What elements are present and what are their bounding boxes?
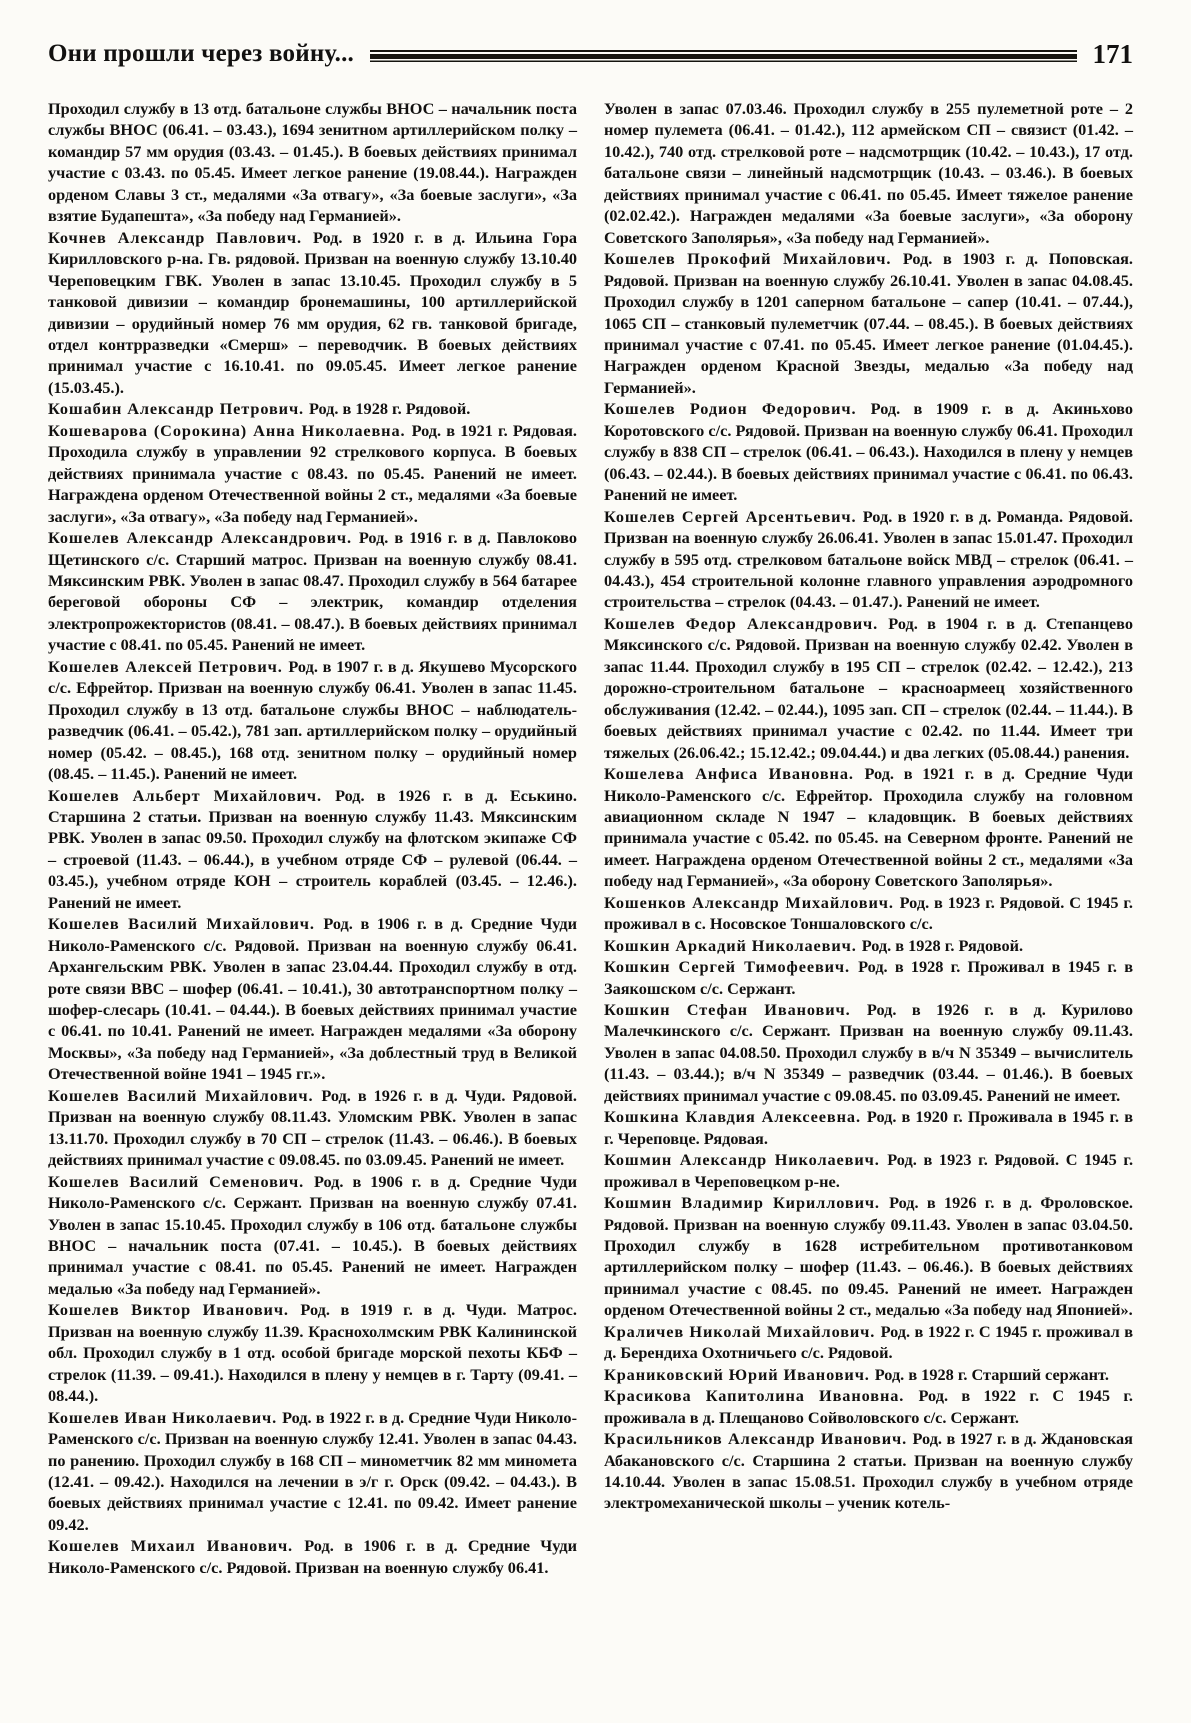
entry-paragraph: Кошелев Сергей Арсентьевич. Род. в 1920 … [604, 506, 1133, 613]
person-name: Красикова Капитолина Ивановна. [604, 1386, 919, 1405]
entry-paragraph: Кошкина Клавдия Алексеевна. Род. в 1920 … [604, 1106, 1133, 1149]
person-name: Кошелев Альберт Михайлович. [48, 786, 335, 805]
entry-paragraph: Кошкин Аркадий Николаевич. Род. в 1928 г… [604, 935, 1133, 956]
entry-paragraph: Кошелев Федор Александрович. Род. в 1904… [604, 613, 1133, 763]
page-number: 171 [1093, 41, 1134, 68]
entry-paragraph: Кошелев Виктор Иванович. Род. в 1919 г. … [48, 1299, 577, 1406]
entry-paragraph: Проходил службу в 13 отд. батальоне служ… [48, 98, 577, 227]
person-name: Кошмин Александр Николаевич. [604, 1150, 887, 1169]
person-name: Кошелев Михаил Иванович. [48, 1536, 304, 1555]
person-name: Кошеварова (Сорокина) Анна Николаевна. [48, 421, 412, 440]
header-rule [370, 49, 1077, 62]
person-name: Красильников Александр Иванович. [604, 1429, 912, 1448]
person-name: Кошелев Прокофий Михайлович. [604, 249, 903, 268]
page-header: Они прошли через войну... 171 [48, 40, 1133, 68]
entry-paragraph: Краличев Николай Михайлович. Род. в 1922… [604, 1321, 1133, 1364]
person-name: Кошмин Владимир Кириллович. [604, 1193, 889, 1212]
entry-paragraph: Кошелев Василий Михайлович. Род. в 1926 … [48, 1085, 577, 1171]
person-name: Кошабин Александр Петрович. [48, 399, 309, 418]
entry-paragraph: Кошелев Прокофий Михайлович. Род. в 1903… [604, 248, 1133, 398]
book-page: Они прошли через войну... 171 Проходил с… [0, 0, 1191, 1578]
running-title: Они прошли через войну... [48, 40, 354, 68]
person-name: Кошелев Федор Александрович. [604, 614, 888, 633]
person-name: Кошелев Василий Михайлович. [48, 1086, 321, 1105]
entry-paragraph: Кошкин Сергей Тимофеевич. Род. в 1928 г.… [604, 956, 1133, 999]
text-columns: Проходил службу в 13 отд. батальоне служ… [48, 98, 1133, 1578]
entry-paragraph: Красикова Капитолина Ивановна. Род. в 19… [604, 1385, 1133, 1428]
entry-paragraph: Кошелев Александр Александрович. Род. в … [48, 527, 577, 656]
entry-paragraph: Кошелев Родион Федорович. Род. в 1909 г.… [604, 398, 1133, 505]
person-name: Кошелев Иван Николаевич. [48, 1408, 282, 1427]
entry-paragraph: Кошелева Анфиса Ивановна. Род. в 1921 г.… [604, 763, 1133, 892]
entry-paragraph: Кошкин Стефан Иванович. Род. в 1926 г. в… [604, 999, 1133, 1106]
person-name: Краличев Николай Михайлович. [604, 1322, 881, 1341]
entry-paragraph: Кочнев Александр Павлович. Род. в 1920 г… [48, 227, 577, 399]
person-name: Кошенков Александр Михайлович. [604, 893, 900, 912]
person-name: Краниковский Юрий Иванович. [604, 1365, 875, 1384]
person-name: Кошкина Клавдия Алексеевна. [604, 1107, 867, 1126]
entry-paragraph: Кошелев Иван Николаевич. Род. в 1922 г. … [48, 1407, 577, 1536]
entry-paragraph: Кошелев Василий Семенович. Род. в 1906 г… [48, 1171, 577, 1300]
entry-paragraph: Кошелев Альберт Михайлович. Род. в 1926 … [48, 785, 577, 914]
person-name: Кошелев Александр Александрович. [48, 528, 359, 547]
left-column: Проходил службу в 13 отд. батальоне служ… [48, 98, 577, 1578]
entry-paragraph: Кошелев Михаил Иванович. Род. в 1906 г. … [48, 1535, 577, 1578]
right-column: Уволен в запас 07.03.46. Проходил службу… [604, 98, 1133, 1578]
entry-paragraph: Кошенков Александр Михайлович. Род. в 19… [604, 892, 1133, 935]
person-name: Кочнев Александр Павлович. [48, 228, 313, 247]
entry-paragraph: Кошмин Александр Николаевич. Род. в 1923… [604, 1149, 1133, 1192]
entry-paragraph: Кошабин Александр Петрович. Род. в 1928 … [48, 398, 577, 419]
entry-paragraph: Кошелев Алексей Петрович. Род. в 1907 г.… [48, 656, 577, 785]
person-name: Кошелев Василий Семенович. [48, 1172, 314, 1191]
entry-paragraph: Кошмин Владимир Кириллович. Род. в 1926 … [604, 1192, 1133, 1321]
entry-paragraph: Кошелев Василий Михайлович. Род. в 1906 … [48, 913, 577, 1085]
entry-paragraph: Кошеварова (Сорокина) Анна Николаевна. Р… [48, 420, 577, 527]
person-name: Кошкин Стефан Иванович. [604, 1000, 867, 1019]
entry-paragraph: Уволен в запас 07.03.46. Проходил службу… [604, 98, 1133, 248]
person-name: Кошелев Виктор Иванович. [48, 1300, 300, 1319]
person-name: Кошелев Алексей Петрович. [48, 657, 288, 676]
entry-paragraph: Красильников Александр Иванович. Род. в … [604, 1428, 1133, 1514]
person-name: Кошкин Аркадий Николаевич. [604, 936, 862, 955]
person-name: Кошелева Анфиса Ивановна. [604, 764, 864, 783]
person-name: Кошелев Сергей Арсентьевич. [604, 507, 863, 526]
entry-paragraph: Краниковский Юрий Иванович. Род. в 1928 … [604, 1364, 1133, 1385]
person-name: Кошелев Василий Михайлович. [48, 914, 323, 933]
person-name: Кошелев Родион Федорович. [604, 399, 871, 418]
person-name: Кошкин Сергей Тимофеевич. [604, 957, 858, 976]
